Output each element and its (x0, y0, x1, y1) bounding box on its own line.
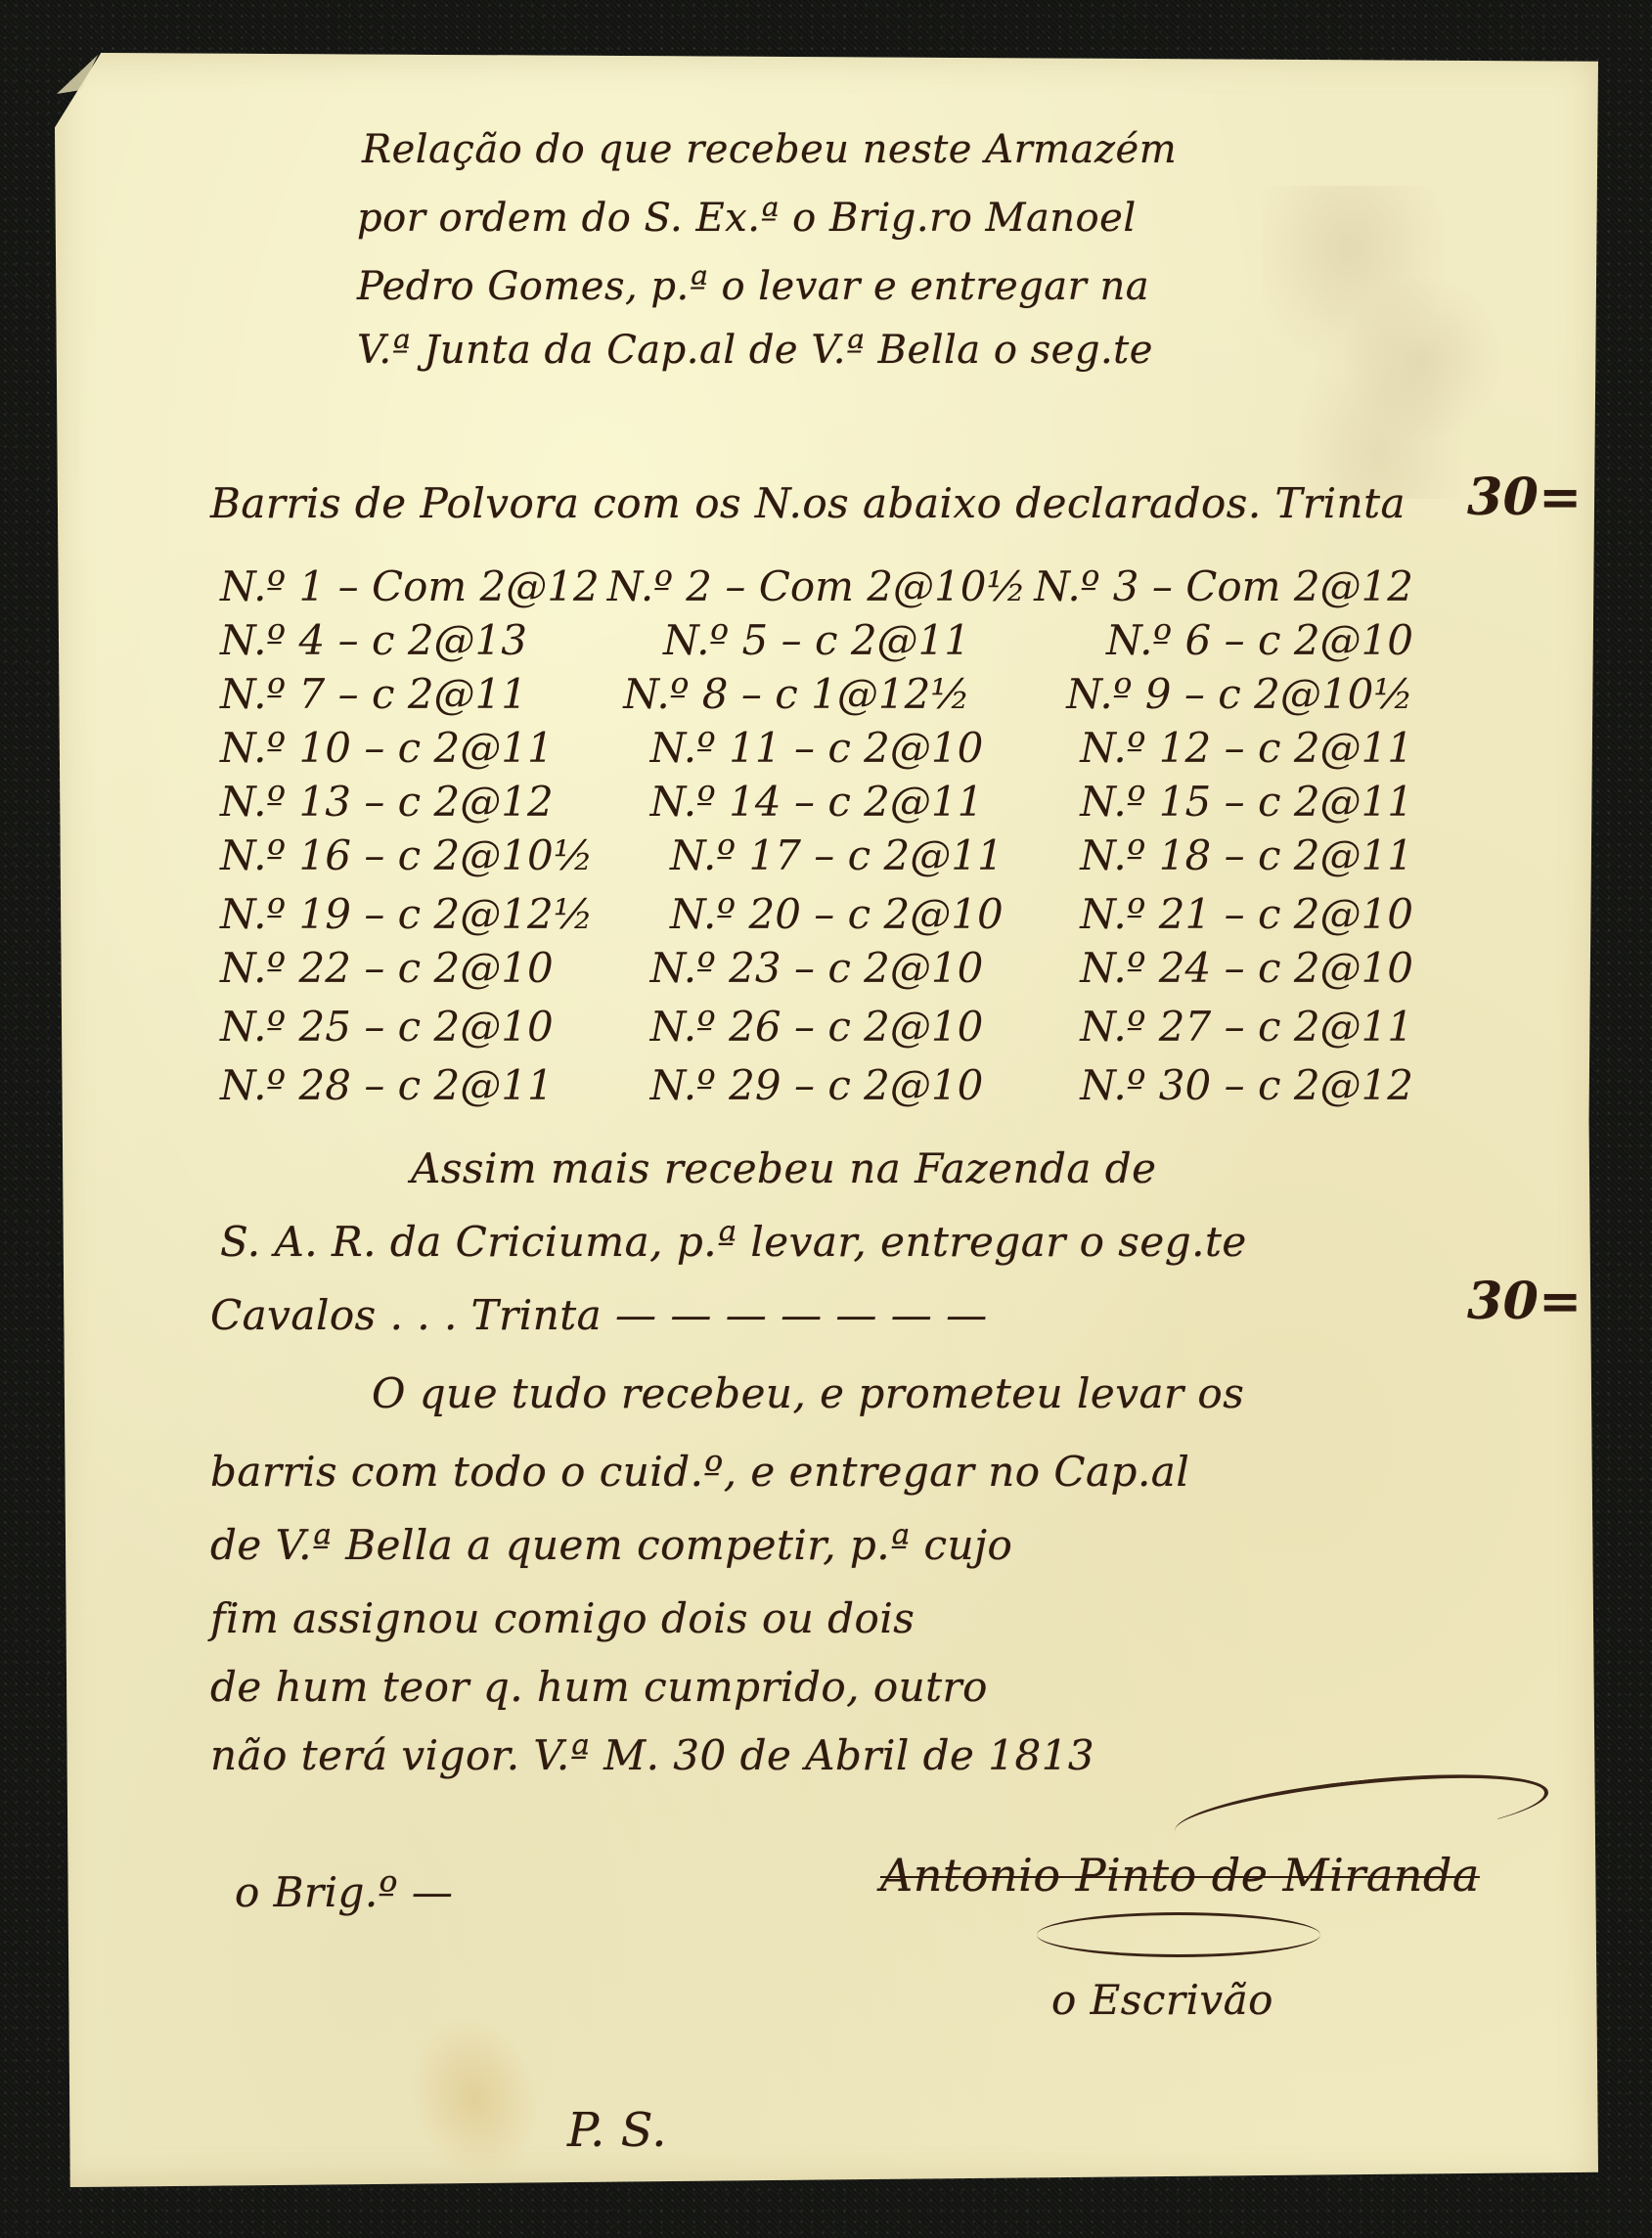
barrel-item: N.º 4 – c 2@13 (220, 616, 527, 664)
barrel-item: N.º 20 – c 2@10 (670, 890, 1004, 938)
barrel-row-2: N.º 4 – c 2@13 N.º 5 – c 2@11 N.º 6 – c … (220, 616, 1413, 664)
barrel-item: N.º 28 – c 2@11 (220, 1061, 554, 1109)
initials-ps: P. S. (567, 2103, 667, 2158)
horses-amount: 30= (1467, 1272, 1582, 1331)
horses-line-3: Cavalos . . . Trinta — — — — — — — (210, 1291, 988, 1339)
barrel-row-8: N.º 22 – c 2@10 N.º 23 – c 2@10 N.º 24 –… (220, 944, 1413, 992)
barrel-item: N.º 10 – c 2@11 (220, 724, 554, 772)
barrel-row-10: N.º 28 – c 2@11 N.º 29 – c 2@10 N.º 30 –… (220, 1061, 1413, 1109)
barrel-item: N.º 2 – Com 2@10½ (607, 562, 1026, 610)
closing-line-6-date: não terá vigor. V.ª M. 30 de Abril de 18… (210, 1731, 1094, 1779)
barrel-item: N.º 21 – c 2@10 (1080, 890, 1413, 938)
barrel-item: N.º 24 – c 2@10 (1080, 944, 1413, 992)
signature-escrivao: o Escrivão (1051, 1976, 1273, 2024)
closing-line-3: de V.ª Bella a quem competir, p.ª cujo (210, 1521, 1012, 1569)
barrel-row-9: N.º 25 – c 2@10 N.º 26 – c 2@10 N.º 27 –… (220, 1003, 1413, 1051)
ink-bleed-through (1262, 186, 1555, 499)
header-line-3: Pedro Gomes, p.ª o levar e entregar na (357, 264, 1149, 309)
horses-line-1: Assim mais recebeu na Fazenda de (411, 1144, 1157, 1192)
barrel-item: N.º 3 – Com 2@12 (1034, 562, 1413, 610)
signature-flourish (1037, 1912, 1320, 1957)
header-line-4: V.ª Junta da Cap.al de V.ª Bella o seg.t… (357, 328, 1153, 373)
closing-line-2: barris com todo o cuid.º, e entregar no … (210, 1448, 1189, 1496)
signature-brigadeiro: o Brig.º — (235, 1868, 453, 1916)
closing-line-5: de hum teor q. hum cumprido, outro (210, 1663, 988, 1711)
barrel-item: N.º 14 – c 2@11 (650, 778, 984, 826)
horses-line-2: S. A. R. da Criciuma, p.ª levar, entrega… (220, 1218, 1247, 1266)
barrel-item: N.º 6 – c 2@10 (1106, 616, 1413, 664)
barrel-item: N.º 25 – c 2@10 (220, 1003, 554, 1051)
closing-line-4: fim assignou comigo dois ou dois (210, 1594, 915, 1642)
barrel-item: N.º 8 – c 1@12½ (623, 670, 970, 718)
header-line-2: por ordem do S. Ex.ª o Brig.ro Manoel (357, 196, 1137, 241)
barrel-item: N.º 18 – c 2@11 (1080, 831, 1413, 879)
barrel-item: N.º 17 – c 2@11 (670, 831, 1004, 879)
barrel-item: N.º 29 – c 2@10 (650, 1061, 984, 1109)
powder-amount: 30= (1467, 468, 1582, 527)
header-line-1: Relação do que recebeu neste Armazém (362, 127, 1177, 172)
barrel-item: N.º 16 – c 2@10½ (220, 831, 593, 879)
barrel-item: N.º 13 – c 2@12 (220, 778, 554, 826)
barrel-item: N.º 9 – c 2@10½ (1066, 670, 1413, 718)
barrel-item: N.º 30 – c 2@12 (1080, 1061, 1413, 1109)
barrel-row-7: N.º 19 – c 2@12½ N.º 20 – c 2@10 N.º 21 … (220, 890, 1413, 938)
powder-line: Barris de Polvora com os N.os abaixo dec… (210, 479, 1406, 527)
barrel-item: N.º 23 – c 2@10 (650, 944, 984, 992)
barrel-row-3: N.º 7 – c 2@11 N.º 8 – c 1@12½ N.º 9 – c… (220, 670, 1413, 718)
barrel-item: N.º 26 – c 2@10 (650, 1003, 984, 1051)
signature-antonio-pinto-de-miranda: Antonio Pinto de Miranda (880, 1849, 1480, 1902)
barrel-row-6: N.º 16 – c 2@10½ N.º 17 – c 2@11 N.º 18 … (220, 831, 1413, 879)
barrel-row-4: N.º 10 – c 2@11 N.º 11 – c 2@10 N.º 12 –… (220, 724, 1413, 772)
barrel-item: N.º 11 – c 2@10 (650, 724, 984, 772)
barrel-item: N.º 27 – c 2@11 (1080, 1003, 1413, 1051)
barrel-item: N.º 5 – c 2@11 (663, 616, 970, 664)
barrel-row-5: N.º 13 – c 2@12 N.º 14 – c 2@11 N.º 15 –… (220, 778, 1413, 826)
barrel-item: N.º 15 – c 2@11 (1080, 778, 1413, 826)
barrel-row-1: N.º 1 – Com 2@12 N.º 2 – Com 2@10½ N.º 3… (220, 562, 1413, 610)
barrel-item: N.º 19 – c 2@12½ (220, 890, 593, 938)
barrel-item: N.º 22 – c 2@10 (220, 944, 554, 992)
barrel-item: N.º 12 – c 2@11 (1080, 724, 1413, 772)
barrel-item: N.º 7 – c 2@11 (220, 670, 527, 718)
barrel-item: N.º 1 – Com 2@12 (220, 562, 600, 610)
closing-line-1: O que tudo recebeu, e prometeu levar os (372, 1369, 1244, 1417)
